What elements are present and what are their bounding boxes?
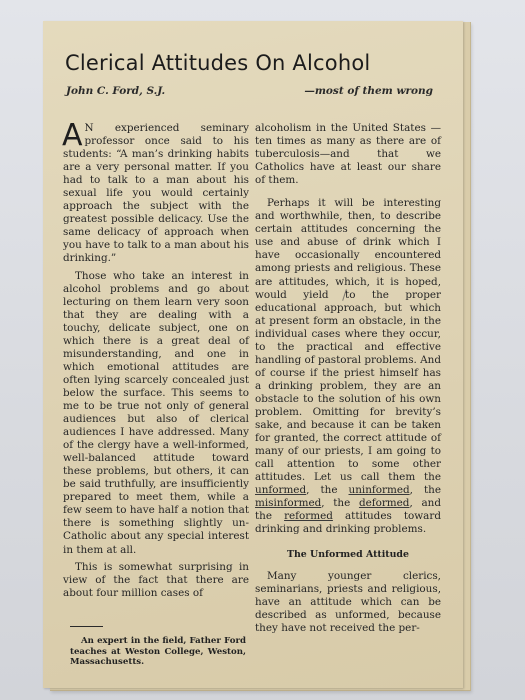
section-heading: The Unformed Attitude <box>255 548 441 561</box>
author-byline: John C. Ford, S.J. <box>66 85 165 97</box>
term-unformed: unformed <box>255 484 306 496</box>
paragraph: Many younger clerics, seminarians, pries… <box>255 570 441 635</box>
article-title: Clerical Attitudes On Alcohol <box>65 51 370 75</box>
term-deformed: deformed <box>359 497 410 509</box>
article-subtitle: —most of them wrong <box>304 85 433 97</box>
paragraph-opening: AN experienced seminary professor once s… <box>63 122 249 266</box>
left-column: AN experienced seminary professor once s… <box>63 122 249 600</box>
paragraph: This is somewhat surprising in view of t… <box>63 561 249 600</box>
paragraph: Those who take an interest in alcohol pr… <box>63 270 249 557</box>
author-footnote: An expert in the field, Father Ford teac… <box>70 636 246 668</box>
article-page: Clerical Attitudes On Alcohol John C. Fo… <box>43 21 463 688</box>
separator: , the <box>410 484 441 496</box>
separator: , the <box>321 497 359 509</box>
right-column: alcoholism in the United States —ten tim… <box>255 122 441 635</box>
separator: , the <box>306 484 348 496</box>
opening-text: N experienced seminary professor once sa… <box>63 122 249 264</box>
term-reformed: reformed <box>284 510 333 522</box>
term-uninformed: uninformed <box>349 484 410 496</box>
drop-cap: A <box>62 123 83 148</box>
paragraph: Perhaps it will be interesting and worth… <box>255 197 441 536</box>
paragraph-text: Perhaps it will be interesting and worth… <box>255 197 441 483</box>
footnote-divider <box>70 626 103 627</box>
term-misinformed: misinformed <box>255 497 321 509</box>
paragraph-continued: alcoholism in the United States —ten tim… <box>255 122 441 187</box>
